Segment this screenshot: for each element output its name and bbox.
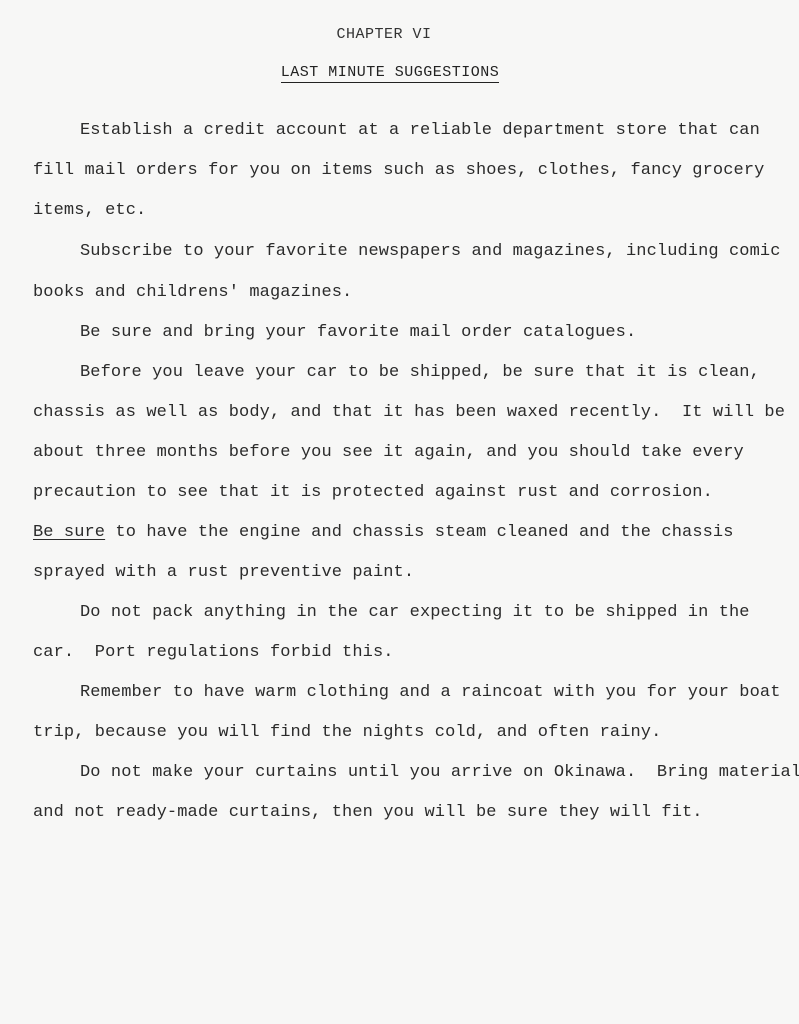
- paragraph-line: about three months before you see it aga…: [33, 443, 744, 462]
- paragraph-line: car. Port regulations forbid this.: [33, 643, 394, 662]
- paragraph-line: sprayed with a rust preventive paint.: [33, 563, 414, 582]
- paragraph-line: Establish a credit account at a reliable…: [80, 121, 760, 140]
- typed-page: CHAPTER VI LAST MINUTE SUGGESTIONS Estab…: [0, 0, 799, 1024]
- paragraph-line: Be sure to have the engine and chassis s…: [33, 523, 734, 542]
- paragraph-line: Remember to have warm clothing and a rai…: [80, 683, 781, 702]
- paragraph-line-rest: to have the engine and chassis steam cle…: [105, 523, 733, 542]
- chapter-title: LAST MINUTE SUGGESTIONS: [0, 64, 780, 81]
- paragraph-line: books and childrens' magazines.: [33, 283, 352, 302]
- paragraph-line: chassis as well as body, and that it has…: [33, 403, 785, 422]
- chapter-title-text: LAST MINUTE SUGGESTIONS: [281, 64, 500, 83]
- underlined-emphasis: Be sure: [33, 523, 105, 542]
- paragraph-line: Do not make your curtains until you arri…: [80, 763, 799, 782]
- paragraph-line: Subscribe to your favorite newspapers an…: [80, 242, 781, 261]
- paragraph-line: Do not pack anything in the car expectin…: [80, 603, 750, 622]
- paragraph-line: fill mail orders for you on items such a…: [33, 161, 764, 180]
- paragraph-line: Be sure and bring your favorite mail ord…: [80, 323, 636, 342]
- chapter-heading: CHAPTER VI: [0, 26, 768, 43]
- paragraph-line: items, etc.: [33, 201, 146, 220]
- paragraph-line: Before you leave your car to be shipped,…: [80, 363, 760, 382]
- paragraph-line: trip, because you will find the nights c…: [33, 723, 661, 742]
- paragraph-line: and not ready-made curtains, then you wi…: [33, 803, 703, 822]
- paragraph-line: precaution to see that it is protected a…: [33, 483, 713, 502]
